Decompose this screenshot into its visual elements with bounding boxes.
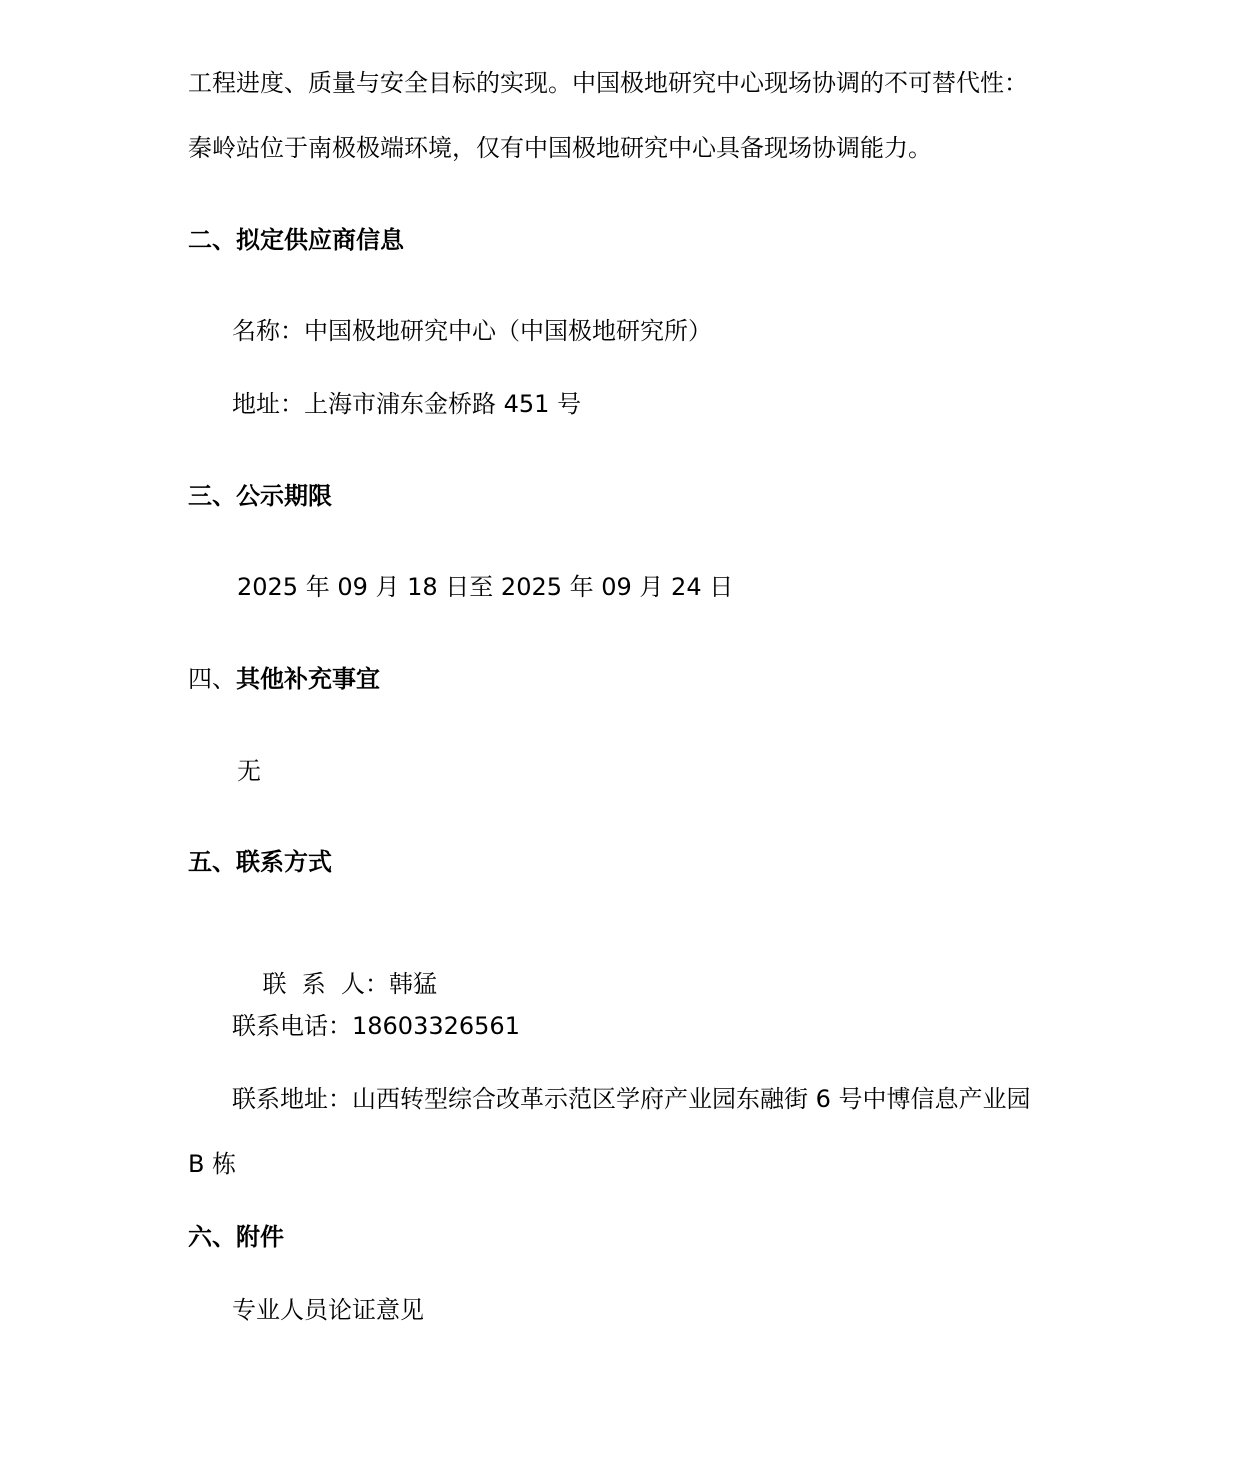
period-value: 2025 年 09 月 18 日至 2025 年 09 月 24 日 (237, 572, 733, 602)
contact-person-label: 联 系 人： (263, 970, 390, 998)
contact-phone-value: 18603326561 (352, 1012, 520, 1040)
contact-phone-row: 联系电话：18603326561 (232, 1011, 520, 1041)
section-heading-contact: 五、联系方式 (188, 847, 332, 877)
contact-address-row: 联系地址：山西转型综合改革示范区学府产业园东融街 6 号中博信息产业园 (232, 1084, 1031, 1114)
attachment-item: 专业人员论证意见 (232, 1295, 424, 1325)
section-heading-other-text: 其他补充事宜 (236, 665, 380, 693)
intro-paragraph-line-1: 工程进度、质量与安全目标的实现。中国极地研究中心现场协调的不可替代性： (188, 68, 1028, 98)
section-heading-attachment: 六、附件 (188, 1222, 284, 1252)
section-heading-other: 四、其他补充事宜 (188, 664, 380, 694)
supplier-name-value: 中国极地研究中心（中国极地研究所） (304, 317, 712, 345)
other-value: 无 (237, 756, 261, 786)
supplier-address-label: 地址： (232, 390, 304, 418)
supplier-name-row: 名称：中国极地研究中心（中国极地研究所） (232, 316, 712, 346)
supplier-name-label: 名称： (232, 317, 304, 345)
section-heading-period: 三、公示期限 (188, 481, 332, 511)
section-heading-other-prefix: 四、 (188, 665, 236, 693)
contact-address-value-line-1: 山西转型综合改革示范区学府产业园东融街 6 号中博信息产业园 (352, 1085, 1031, 1113)
contact-address-value-line-2: B 栋 (188, 1149, 236, 1179)
supplier-address-row: 地址：上海市浦东金桥路 451 号 (232, 389, 581, 419)
contact-phone-label: 联系电话： (232, 1012, 352, 1040)
section-heading-supplier: 二、拟定供应商信息 (188, 225, 404, 255)
contact-person-value: 韩猛 (389, 970, 437, 998)
contact-address-label: 联系地址： (232, 1085, 352, 1113)
supplier-address-value: 上海市浦东金桥路 451 号 (304, 390, 581, 418)
intro-paragraph-line-2: 秦岭站位于南极极端环境，仅有中国极地研究中心具备现场协调能力。 (188, 133, 932, 163)
